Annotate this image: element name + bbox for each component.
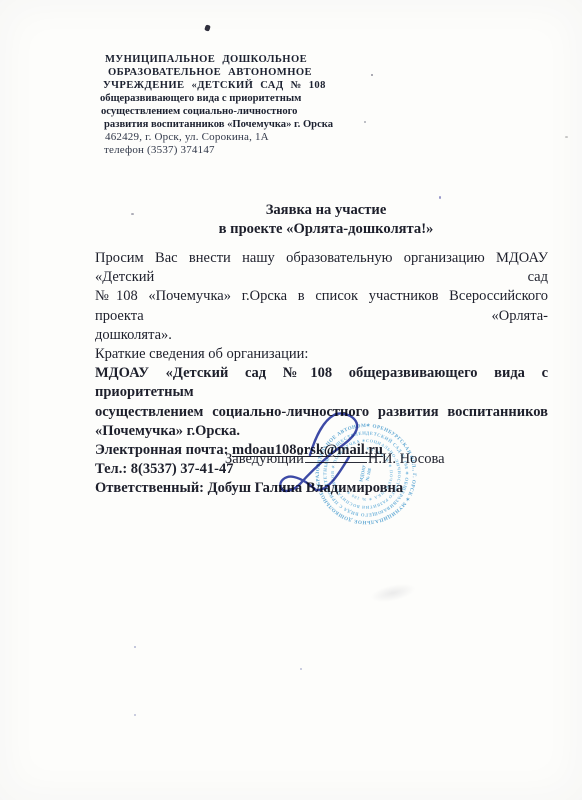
email-label: Электронная почта: <box>95 442 232 458</box>
letterhead-phone: телефон (3537) 374147 <box>104 144 379 157</box>
org-info-line: МДОАУ «Детский сад №108 общеразвивающего… <box>95 364 548 402</box>
letterhead-line: УЧРЕЖДЕНИЕ «ДЕТСКИЙ САД № 108 <box>103 79 379 92</box>
scanned-document-page: МУНИЦИПАЛЬНОЕ ДОШКОЛЬНОЕ ОБРАЗОВАТЕЛЬНОЕ… <box>0 0 582 800</box>
scan-speck <box>134 646 136 648</box>
paragraph-line: Просим Вас внести нашу образовательную о… <box>95 249 548 287</box>
letterhead-line: общеразвивающего вида с приоритетным <box>100 92 379 105</box>
document-title: Заявка на участие в проекте «Орлята-дошк… <box>96 201 556 239</box>
title-line-2: в проекте «Орлята-дошколята!» <box>96 220 556 239</box>
handwritten-signature <box>268 398 386 516</box>
title-line-1: Заявка на участие <box>96 201 556 220</box>
letterhead-address: 462429, г. Орск, ул. Сорокина, 1А <box>105 131 379 144</box>
scan-speck <box>300 668 302 670</box>
letterhead: МУНИЦИПАЛЬНОЕ ДОШКОЛЬНОЕ ОБРАЗОВАТЕЛЬНОЕ… <box>99 53 379 157</box>
letterhead-line: развития воспитанников «Почемучка» г. Ор… <box>104 118 379 131</box>
brief-info-header: Краткие сведения об организации: <box>95 345 548 364</box>
paragraph-line: дошколята». <box>95 326 548 345</box>
letterhead-line: ОБРАЗОВАТЕЛЬНОЕ АВТОНОМНОЕ <box>108 66 379 79</box>
scan-speck <box>565 136 568 138</box>
paragraph-line: №108 «Почемучка» г.Орска в список участн… <box>95 287 548 325</box>
scan-speck <box>439 196 441 199</box>
scan-speck <box>204 24 211 31</box>
scan-smudge <box>369 580 417 605</box>
letterhead-line: МУНИЦИПАЛЬНОЕ ДОШКОЛЬНОЕ <box>105 53 379 66</box>
scan-speck <box>134 714 136 716</box>
letterhead-line: осуществлением социально-личностного <box>101 105 379 118</box>
signature-stroke <box>280 413 357 491</box>
